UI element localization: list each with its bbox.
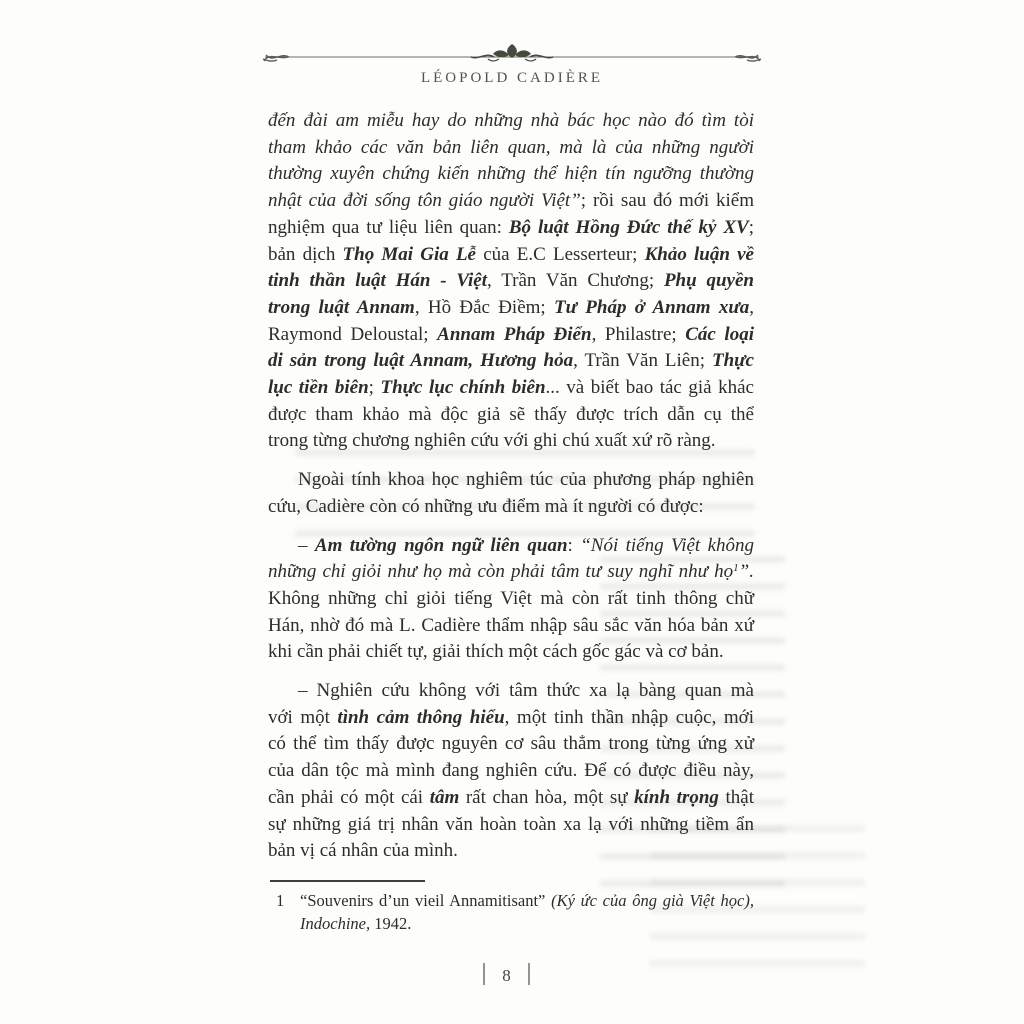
text-run: , một tinh thần nhập cuộc, mới	[505, 707, 754, 728]
text-line: thường xuyên chứng kiến những thể hiện t…	[268, 161, 754, 188]
text-line: được tham khảo mà độc giả sẽ thấy được t…	[268, 402, 754, 429]
text-line: tham khảo các văn bản liên quan, mà là c…	[268, 135, 754, 162]
page-number: 8	[502, 962, 511, 986]
text-line: lục tiền biên; Thực lục chính biên... và…	[268, 375, 754, 402]
text-line: có thể tìm thấy được nguyên cơ sâu thẳm …	[268, 731, 754, 758]
text-run: ,	[749, 297, 754, 318]
text-run: (Ký ức của ông già Việt học),	[551, 891, 754, 910]
text-run: Tư Pháp ở Annam xưa	[554, 297, 749, 318]
text-run: Thực	[712, 350, 754, 371]
text-line: Ngoài tính khoa học nghiêm túc của phươn…	[268, 467, 754, 494]
text-line: Indochine, 1942.	[300, 912, 754, 935]
text-run: những chỉ giỏi như họ mà còn phải tâm tư…	[268, 561, 733, 582]
text-run: tham khảo các văn bản liên quan, mà là c…	[268, 137, 754, 158]
text-run: , Hồ Đắc Điềm;	[415, 297, 554, 318]
page-header: LÉOPOLD CADIÈRE	[0, 42, 1024, 87]
text-run: ”.	[739, 561, 754, 582]
text-line: Không những chỉ giỏi tiếng Việt mà còn r…	[268, 586, 754, 613]
paragraph: đến đài am miễu hay do những nhà bác học…	[268, 108, 754, 455]
text-run: Am tường ngôn ngữ liên quan	[315, 535, 568, 556]
text-run: 1942.	[370, 914, 411, 933]
footnote-text: “Souvenirs d’un vieil Annamitisant” (Ký …	[300, 889, 754, 935]
page-number-bar-right	[528, 963, 530, 985]
text-run: Raymond Deloustal;	[268, 324, 437, 345]
paragraph: Ngoài tính khoa học nghiêm túc của phươn…	[268, 467, 754, 520]
text-run: –	[298, 535, 315, 556]
text-run: , Trần Văn Liên;	[573, 350, 712, 371]
text-run: rất chan hòa, một sự	[459, 787, 634, 808]
body-text: đến đài am miễu hay do những nhà bác học…	[268, 108, 754, 865]
text-run: lục tiền biên	[268, 377, 369, 398]
text-run: Khảo luận về	[645, 244, 754, 265]
text-line: đến đài am miễu hay do những nhà bác học…	[268, 108, 754, 135]
text-run: Ngoài tính khoa học nghiêm túc của phươn…	[298, 469, 754, 490]
paragraph: – Nghiên cứu không với tâm thức xa lạ bà…	[268, 678, 754, 865]
text-run: Thọ Mai Gia Lễ	[343, 244, 476, 265]
text-run: bản dịch	[268, 244, 343, 265]
flourish-left-icon	[263, 55, 289, 61]
text-run: cứu, Cadière còn có những ưu điểm mà ít …	[268, 496, 704, 517]
text-run: thường xuyên chứng kiến những thể hiện t…	[268, 163, 754, 184]
text-run: “Nói tiếng Việt không	[580, 535, 754, 556]
text-run: nhật của đời sống tôn giáo người Việt”	[268, 190, 581, 211]
text-run: trong từng chương nghiên cứu với ghi chú…	[268, 430, 716, 451]
text-line: với một tình cảm thông hiểu, một tinh th…	[268, 705, 754, 732]
text-run: cần phải có một cái	[268, 787, 430, 808]
text-line: sự những giá trị nhân văn hoàn toàn xa l…	[268, 812, 754, 839]
page-number-block: 8	[258, 962, 755, 986]
text-run: thật	[719, 787, 754, 808]
text-line: trong luật Annam, Hồ Đắc Điềm; Tư Pháp ở…	[268, 295, 754, 322]
text-run: đến đài am miễu hay do những nhà bác học…	[268, 110, 754, 131]
text-line: trong từng chương nghiên cứu với ghi chú…	[268, 428, 754, 455]
text-line: – Nghiên cứu không với tâm thức xa lạ bà…	[268, 678, 754, 705]
text-line: những chỉ giỏi như họ mà còn phải tâm tư…	[268, 559, 754, 586]
text-line: của dân tộc mà mình đang nghiên cứu. Để …	[268, 758, 754, 785]
footnote-row: 1 “Souvenirs d’un vieil Annamitisant” (K…	[268, 889, 754, 935]
text-line: bản vị cá nhân của mình.	[268, 838, 754, 865]
text-run: ... và biết bao tác giả khác	[546, 377, 754, 398]
text-line: Hán, nhờ đó mà L. Cadière thẩm nhập sâu …	[268, 613, 754, 640]
text-run: “Souvenirs d’un vieil Annamitisant”	[300, 891, 551, 910]
leaf-ornament-icon	[471, 44, 553, 61]
text-run: Annam Pháp Điển	[437, 324, 591, 345]
text-run: Không những chỉ giỏi tiếng Việt mà còn r…	[268, 588, 754, 609]
text-line: nhật của đời sống tôn giáo người Việt”; …	[268, 188, 754, 215]
footnote-marker: 1	[276, 889, 300, 935]
footnote: 1 “Souvenirs d’un vieil Annamitisant” (K…	[268, 880, 754, 935]
flourish-right-icon	[735, 55, 761, 61]
text-run: kính trọng	[634, 787, 719, 808]
text-run: ; rồi sau đó mới kiểm	[581, 190, 754, 211]
text-run: nghiệm qua tư liệu liên quan:	[268, 217, 509, 238]
text-line: tinh thần luật Hán - Việt, Trần Văn Chươ…	[268, 268, 754, 295]
text-line: “Souvenirs d’un vieil Annamitisant” (Ký …	[300, 889, 754, 912]
text-run: khi cần phải chiết tự, giải thích một cá…	[268, 641, 724, 662]
text-run: ;	[369, 377, 381, 398]
page-number-bar-left	[483, 963, 485, 985]
text-run: Thực lục chính biên	[380, 377, 545, 398]
text-line: bản dịch Thọ Mai Gia Lễ của E.C Lesserte…	[268, 242, 754, 269]
text-run: Indochine,	[300, 914, 370, 933]
text-line: nghiệm qua tư liệu liên quan: Bộ luật Hồ…	[268, 215, 754, 242]
text-run: Các loại	[685, 324, 754, 345]
text-run: trong luật Annam	[268, 297, 415, 318]
text-line: – Am tường ngôn ngữ liên quan: “Nói tiến…	[268, 533, 754, 560]
text-line: di sản trong luật Annam, Hương hỏa, Trần…	[268, 348, 754, 375]
text-run: :	[568, 535, 581, 556]
text-run: di sản trong luật Annam, Hương hỏa	[268, 350, 573, 371]
text-run: được tham khảo mà độc giả sẽ thấy được t…	[268, 404, 754, 425]
text-line: cần phải có một cái tâm rất chan hòa, mộ…	[268, 785, 754, 812]
header-ornament	[261, 42, 763, 68]
text-run: bản vị cá nhân của mình.	[268, 840, 458, 861]
text-run: , Philastre;	[592, 324, 686, 345]
text-run: tâm	[430, 787, 460, 808]
paragraph: – Am tường ngôn ngữ liên quan: “Nói tiến…	[268, 533, 754, 667]
text-run: , Trần Văn Chương;	[487, 270, 664, 291]
text-line: Raymond Deloustal; Annam Pháp Điển, Phil…	[268, 322, 754, 349]
text-run: Hán, nhờ đó mà L. Cadière thẩm nhập sâu …	[268, 615, 754, 636]
book-page: LÉOPOLD CADIÈRE đến đài am miễu hay do n…	[0, 0, 1024, 1024]
text-line: khi cần phải chiết tự, giải thích một cá…	[268, 639, 754, 666]
author-name: LÉOPOLD CADIÈRE	[0, 70, 1024, 87]
text-run: tình cảm thông hiểu	[337, 707, 504, 728]
text-run: – Nghiên cứu không với tâm thức xa lạ bà…	[298, 680, 754, 701]
text-run: sự những giá trị nhân văn hoàn toàn xa l…	[268, 814, 754, 835]
text-line: cứu, Cadière còn có những ưu điểm mà ít …	[268, 494, 754, 521]
text-run: với một	[268, 707, 337, 728]
text-run: tinh thần luật Hán - Việt	[268, 270, 487, 291]
text-run: của E.C Lesserteur;	[476, 244, 645, 265]
text-run: Bộ luật Hồng Đức thế kỷ XV	[509, 217, 749, 238]
text-run: của dân tộc mà mình đang nghiên cứu. Để …	[268, 760, 754, 781]
footnote-rule	[270, 880, 425, 882]
text-run: Phụ quyền	[664, 270, 754, 291]
text-run: ;	[749, 217, 754, 238]
text-run: có thể tìm thấy được nguyên cơ sâu thẳm …	[268, 733, 754, 754]
